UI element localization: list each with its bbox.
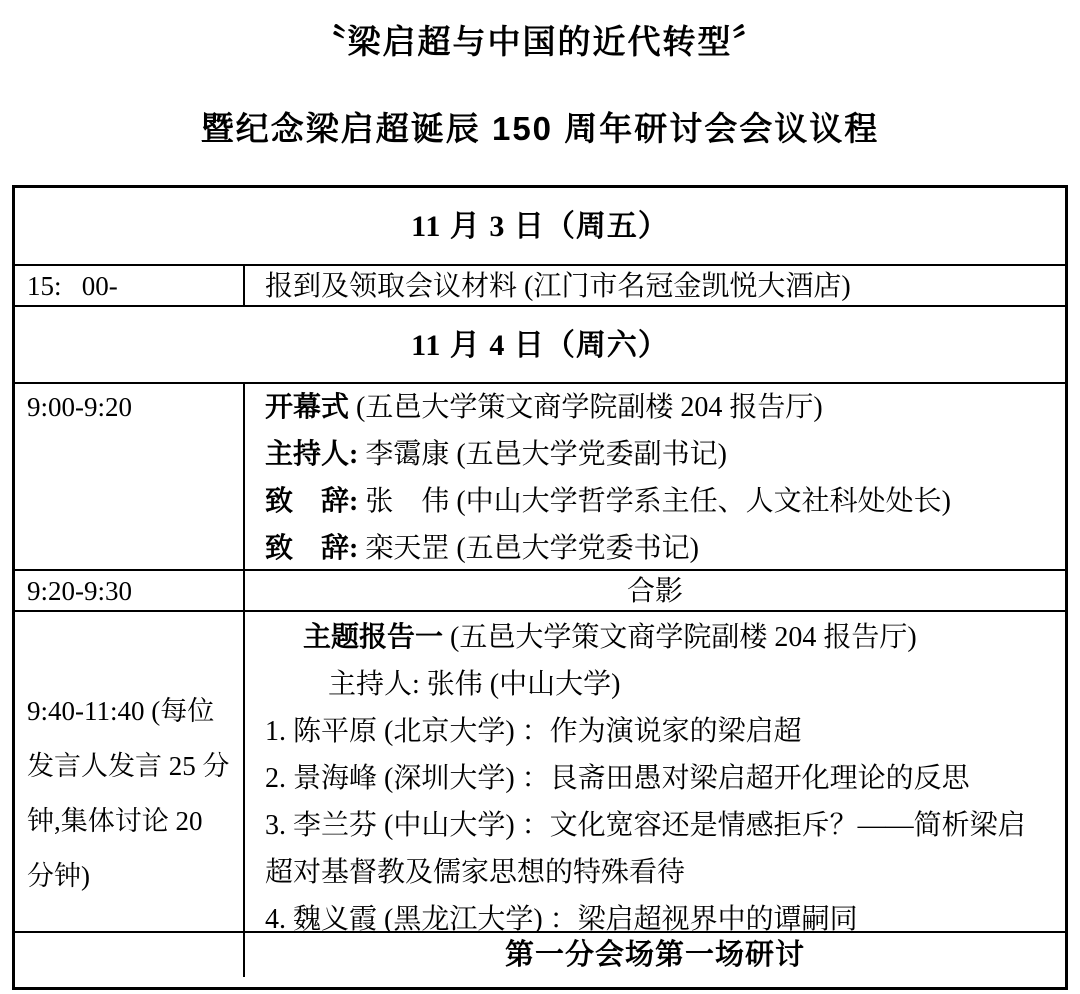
keynote1-content: 主题报告一 (五邑大学策文商学院副楼 204 报告厅) 主持人: 张伟 (中山大… [245,612,1065,931]
opening-ceremony-row: 9:00-9:20 开幕式 (五邑大学策文商学院副楼 204 报告厅) 主持人:… [15,384,1065,571]
photo-time: 9:20-9:30 [15,571,245,610]
keynote1-venue: (五邑大学策文商学院副楼 204 报告厅) [443,622,917,653]
opening-host-line: 主持人: 李霭康 (五邑大学党委副书记) [265,431,1065,478]
agenda-item-4: 4. 魏义霞 (黑龙江大学) ：梁启超视界中的谭嗣同 [245,896,1051,931]
agenda-item-3: 3. 李兰芬 (中山大学) ：文化宽容还是情感拒斥？——简析梁启超对基督教及儒家… [245,802,1051,896]
item2-speaker: 2. 景海峰 (深圳大学) ： [265,763,550,794]
day1-header: 11 月 3 日（周五） [411,210,669,243]
item4-topic: 梁启超视界中的谭嗣同 [578,904,858,931]
speech1-affiliation: (中山大学哲学系主任、人文社科处处长) [449,486,951,517]
item1-speaker: 1. 陈平原 (北京大学) ： [265,716,550,747]
host-name: 李霭康 [365,439,449,470]
item2-topic: 艮斋田愚对梁启超开化理论的反思 [550,763,970,794]
item1-topic: 作为演说家的梁启超 [550,716,802,747]
keynote1-row: 9:40-11:40 (每位发言人发言 25 分钟,集体讨论 20 分钟) 主题… [15,612,1065,933]
session1-time-cell-empty [15,933,245,977]
agenda-table: 11 月 3 日（周五） 15: 00- 报到及领取会议材料 (江门市名冠金凯悦… [12,185,1068,990]
conference-agenda-document: 〝梁启超与中国的近代转型〞 暨纪念梁启超诞辰 150 周年研讨会会议议程 11 … [0,0,1080,994]
day1-header-row: 11 月 3 日（周五） [15,188,1065,266]
registration-row: 15: 00- 报到及领取会议材料 (江门市名冠金凯悦大酒店) [15,266,1065,307]
opening-speech2-line: 致 辞: 栾天罡 (五邑大学党委书记) [265,525,1065,569]
session1-header: 第一分会场第一场研讨 [245,933,1065,977]
speech2-label: 致 辞: [265,533,365,564]
day2-header: 11 月 4 日（周六） [411,329,669,362]
document-title-line2: 暨纪念梁启超诞辰 150 周年研讨会会议议程 [0,63,1080,150]
session1-header-row: 第一分会场第一场研讨 [15,933,1065,977]
registration-time: 15: 00- [15,266,245,305]
keynote1-title-label: 主题报告一 [303,622,443,653]
opening-title-line: 开幕式 (五邑大学策文商学院副楼 204 报告厅) [265,384,1065,431]
speech1-label: 致 辞: [265,486,365,517]
keynote1-time: 9:40-11:40 (每位发言人发言 25 分钟,集体讨论 20 分钟) [15,612,245,931]
opening-time: 9:00-9:20 [15,384,245,569]
keynote1-title-line: 主题报告一 (五邑大学策文商学院副楼 204 报告厅) [245,612,1051,661]
document-title-line1: 〝梁启超与中国的近代转型〞 [0,0,1080,63]
item3-speaker: 3. 李兰芬 (中山大学) ： [265,810,550,841]
host-label: 主持人: [265,439,365,470]
opening-speech1-line: 致 辞: 张 伟 (中山大学哲学系主任、人文社科处处长) [265,478,1065,525]
agenda-item-1: 1. 陈平原 (北京大学) ：作为演说家的梁启超 [245,708,1051,755]
speech1-name: 张 伟 [365,486,449,517]
speech2-name: 栾天罡 [365,533,449,564]
registration-content: 报到及领取会议材料 (江门市名冠金凯悦大酒店) [245,266,1065,305]
keynote1-host-line: 主持人: 张伟 (中山大学) [245,661,1051,708]
host-affiliation: (五邑大学党委副书记) [449,439,727,470]
group-photo-row: 9:20-9:30 合影 [15,571,1065,612]
day2-header-row: 11 月 4 日（周六） [15,307,1065,384]
opening-title-label: 开幕式 [265,392,349,423]
item4-speaker: 4. 魏义霞 (黑龙江大学) ： [265,904,578,931]
opening-content: 开幕式 (五邑大学策文商学院副楼 204 报告厅) 主持人: 李霭康 (五邑大学… [245,384,1065,569]
opening-venue: (五邑大学策文商学院副楼 204 报告厅) [349,392,823,423]
agenda-item-2: 2. 景海峰 (深圳大学) ：艮斋田愚对梁启超开化理论的反思 [245,755,1051,802]
speech2-affiliation: (五邑大学党委书记) [449,533,699,564]
photo-content: 合影 [245,571,1065,610]
